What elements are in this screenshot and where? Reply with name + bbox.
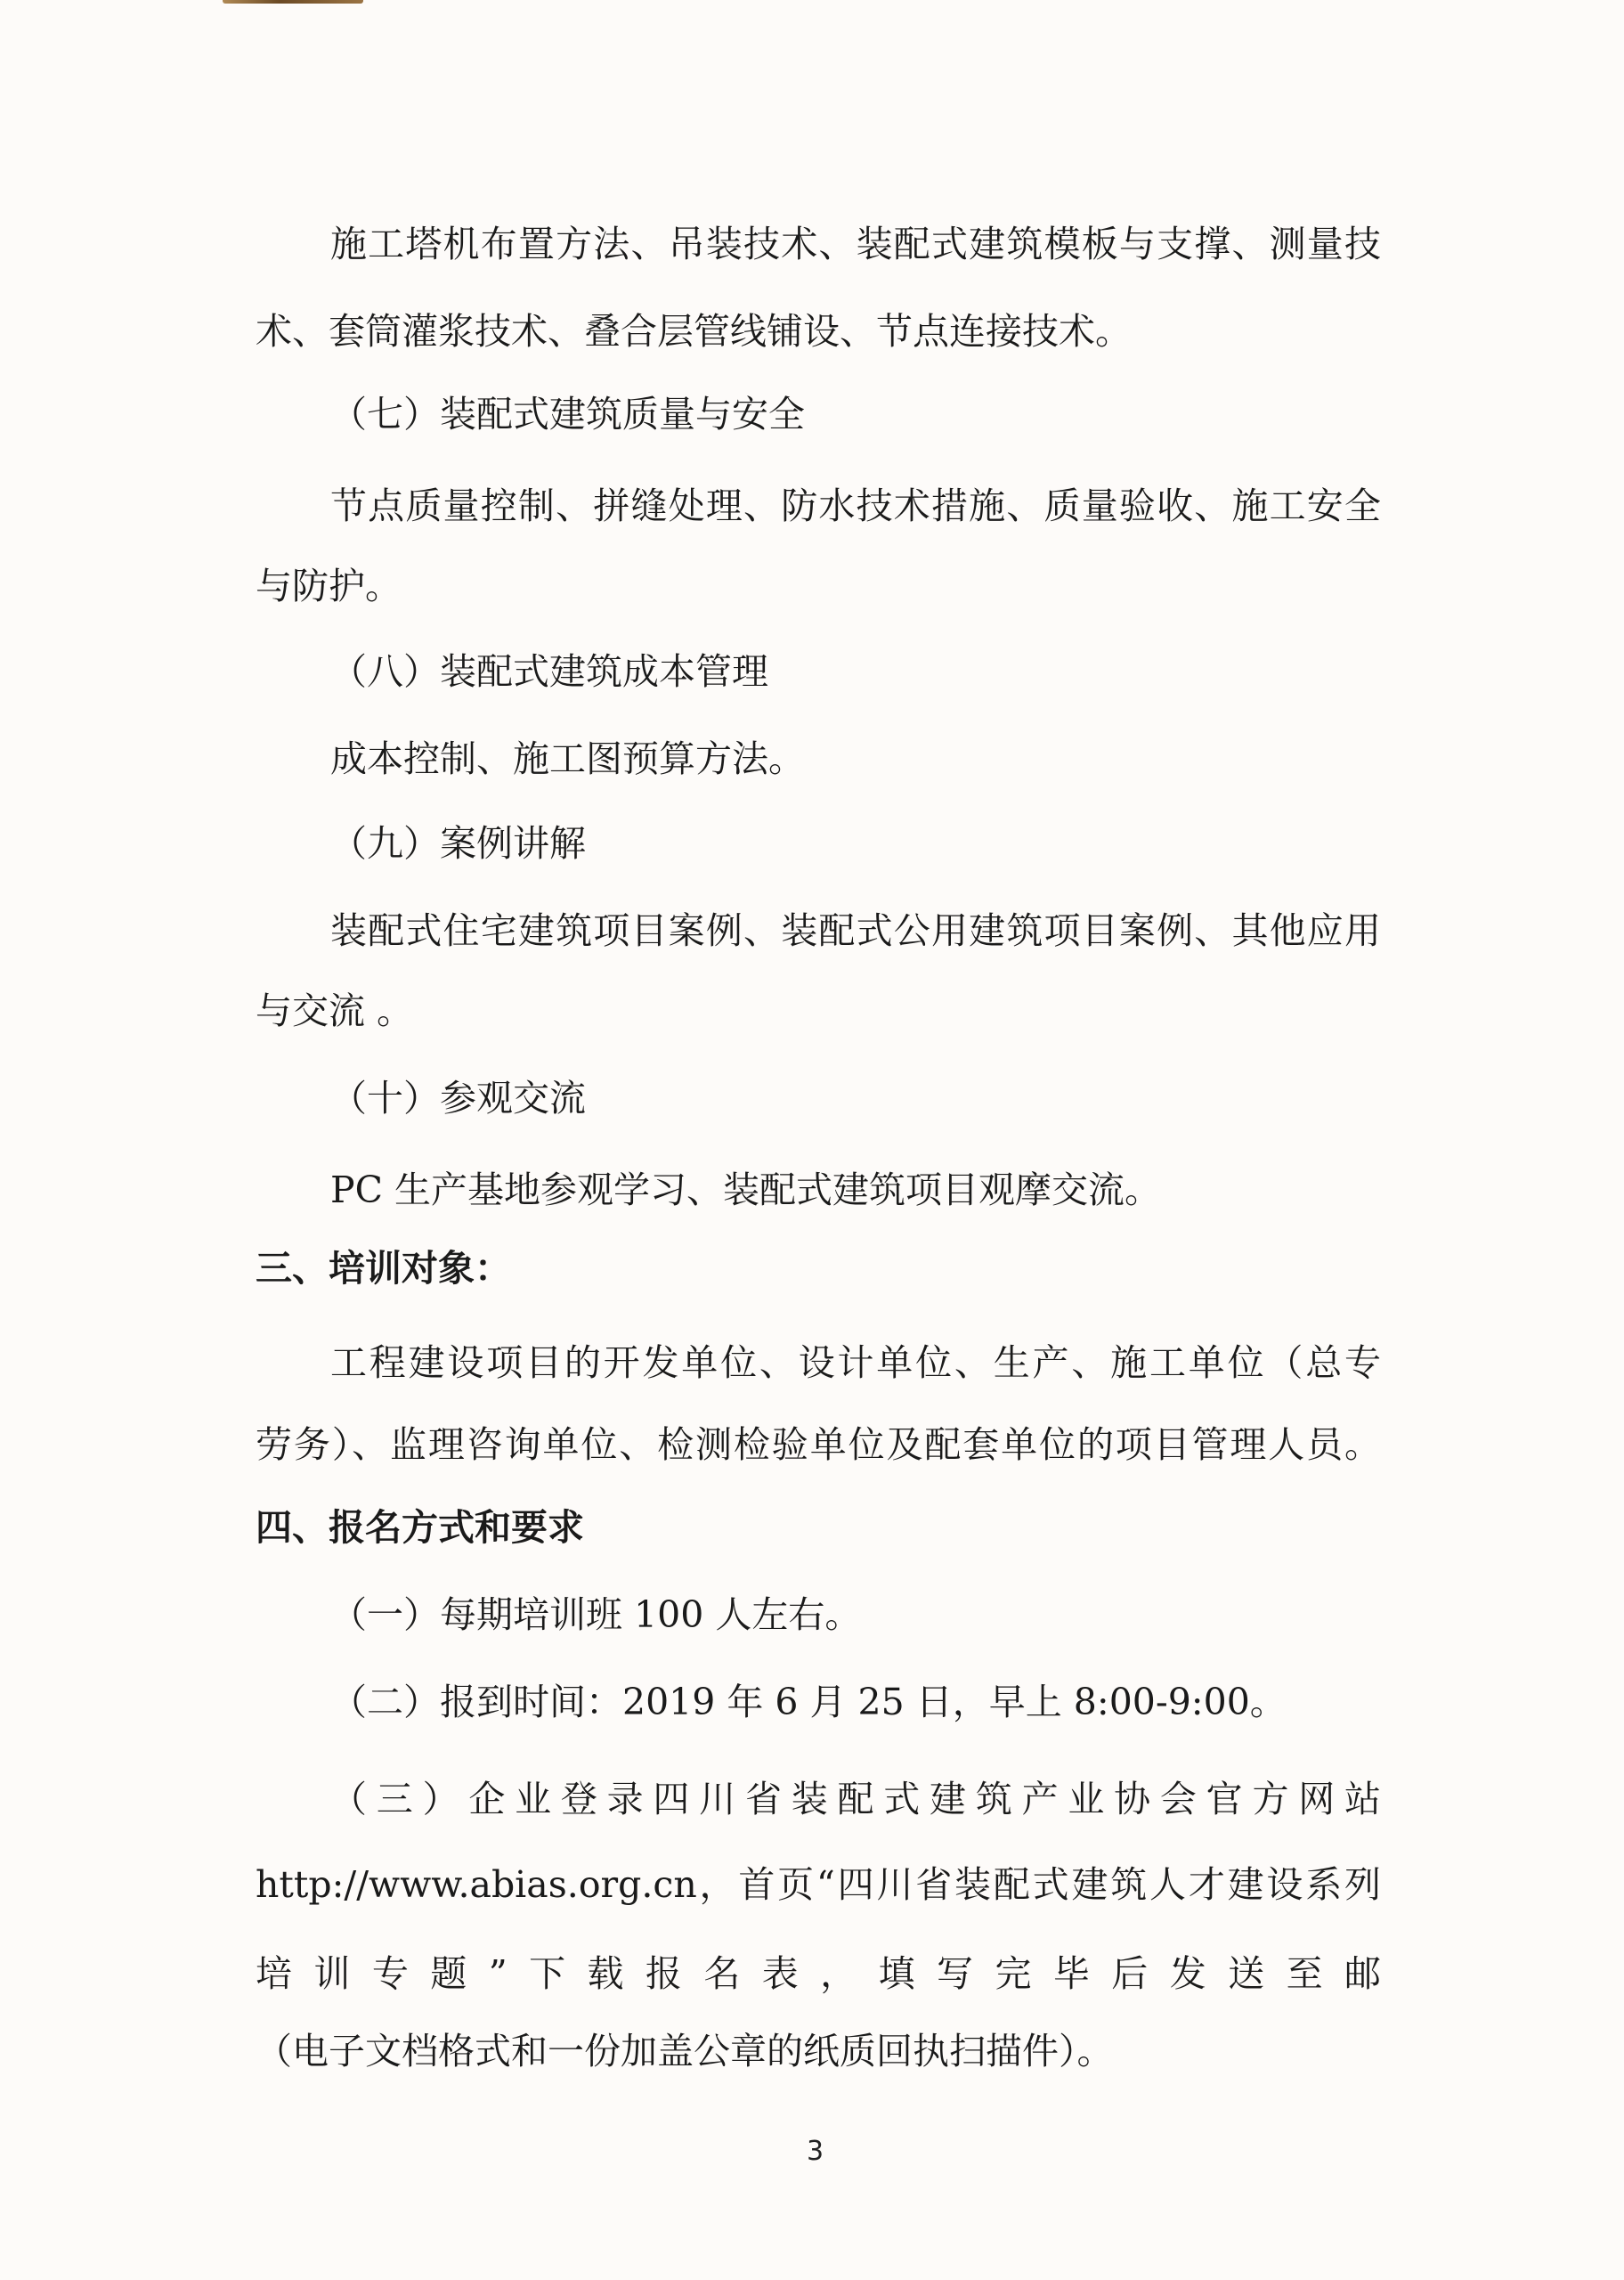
paragraph-line: 劳务）、监理咨询单位、检测检验单位及配套单位的项目管理人员。 [256, 1421, 1381, 1468]
paragraph-line: 与防护。 [256, 563, 402, 609]
section-subheading: （十）参观交流 [330, 1075, 586, 1121]
section-subheading: （九）案例讲解 [330, 820, 586, 867]
section-subheading: （八）装配式建筑成本管理 [330, 648, 768, 695]
paragraph-line: 施工塔机布置方法、吊装技术、装配式建筑模板与支撑、测量技 [330, 221, 1381, 267]
scan-edge-mark [223, 0, 363, 4]
paragraph-line: 成本控制、施工图预算方法。 [330, 736, 805, 782]
paragraph-line: （电子文档格式和一份加盖公章的纸质回执扫描件）。 [256, 2028, 1114, 2074]
email-line: 培训专题”下载报名表，填写完毕后发送至邮箱:rcpx@abias.org.cn。 [256, 1950, 1381, 1997]
paragraph-line: 与交流 。 [256, 988, 413, 1034]
section-subheading: （七）装配式建筑质量与安全 [330, 391, 805, 437]
paragraph-line: 术、套筒灌浆技术、叠合层管线铺设、节点连接技术。 [256, 308, 1132, 354]
url-line: http://www.abias.org.cn，首页“四川省装配式建筑人才建设系… [256, 1861, 1381, 1908]
paragraph-line: 工程建设项目的开发单位、设计单位、生产、施工单位（总专包、 [330, 1339, 1381, 1386]
paragraph-line: （二）报到时间：2019 年 6 月 25 日，早上 8:00-9:00。 [330, 1679, 1287, 1725]
paragraph-line: 节点质量控制、拼缝处理、防水技术措施、质量验收、施工安全 [330, 483, 1381, 529]
paragraph-line: PC 生产基地参观学习、装配式建筑项目观摩交流。 [330, 1167, 1161, 1213]
page-number: 3 [807, 2136, 824, 2167]
section-heading: 四、报名方式和要求 [256, 1504, 584, 1551]
paragraph-line: （三）企业登录四川省装配式建筑产业协会官方网站 [330, 1776, 1381, 1822]
paragraph-line: 装配式住宅建筑项目案例、装配式公用建筑项目案例、其他应用 [330, 908, 1381, 954]
section-heading: 三、培训对象： [256, 1245, 511, 1291]
paragraph-line: （一）每期培训班 100 人左右。 [330, 1592, 861, 1638]
